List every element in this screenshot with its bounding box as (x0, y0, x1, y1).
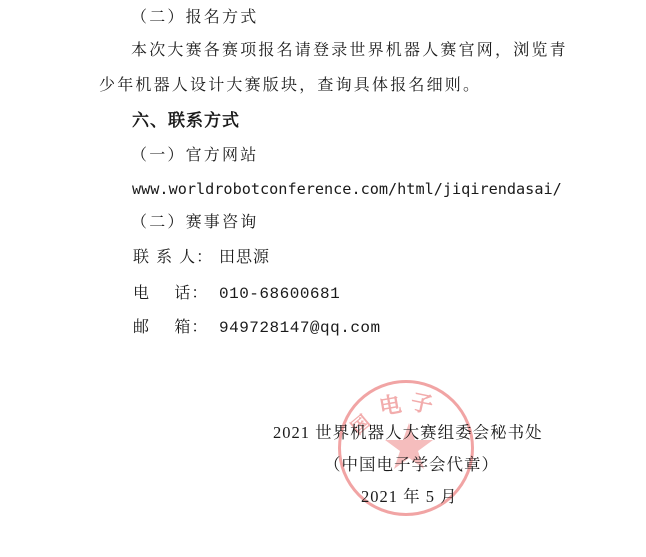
signature-date: 2021 年 5 月 (361, 487, 458, 507)
website-url-link[interactable]: www.worldrobotconference.com/html/jiqire… (132, 179, 562, 199)
stamp-char: 子 (408, 385, 436, 420)
subsection-title-registration: （二）报名方式 (131, 7, 258, 27)
contact-phone-value: 010-68600681 (219, 285, 340, 303)
subsection-title-inquiry: （二）赛事咨询 (131, 212, 258, 232)
contact-email-row: 邮 箱：949728147@qq.com (133, 317, 381, 338)
section-title-contact: 六、联系方式 (132, 111, 240, 131)
registration-body-line-1: 本次大赛各赛项报名请登录世界机器人赛官网，浏览青 (131, 40, 568, 60)
signature-organization: 2021 世界机器人大赛组委会秘书处 (273, 423, 543, 443)
stamp-char: 电 (376, 387, 403, 421)
subsection-title-website: （一）官方网站 (131, 145, 258, 165)
contact-email-value[interactable]: 949728147@qq.com (219, 319, 381, 337)
contact-phone-label: 电 话： (133, 283, 219, 303)
registration-body-line-2: 少年机器人设计大赛版块，查询具体报名细则。 (99, 75, 481, 95)
contact-person-value: 田思源 (219, 247, 270, 266)
contact-person-row: 联 系 人：田思源 (133, 247, 270, 267)
contact-phone-row: 电 话：010-68600681 (133, 283, 340, 304)
contact-email-label: 邮 箱： (133, 317, 219, 337)
signature-seal-note: （中国电子学会代章） (324, 455, 499, 475)
contact-person-label: 联 系 人： (133, 247, 219, 267)
